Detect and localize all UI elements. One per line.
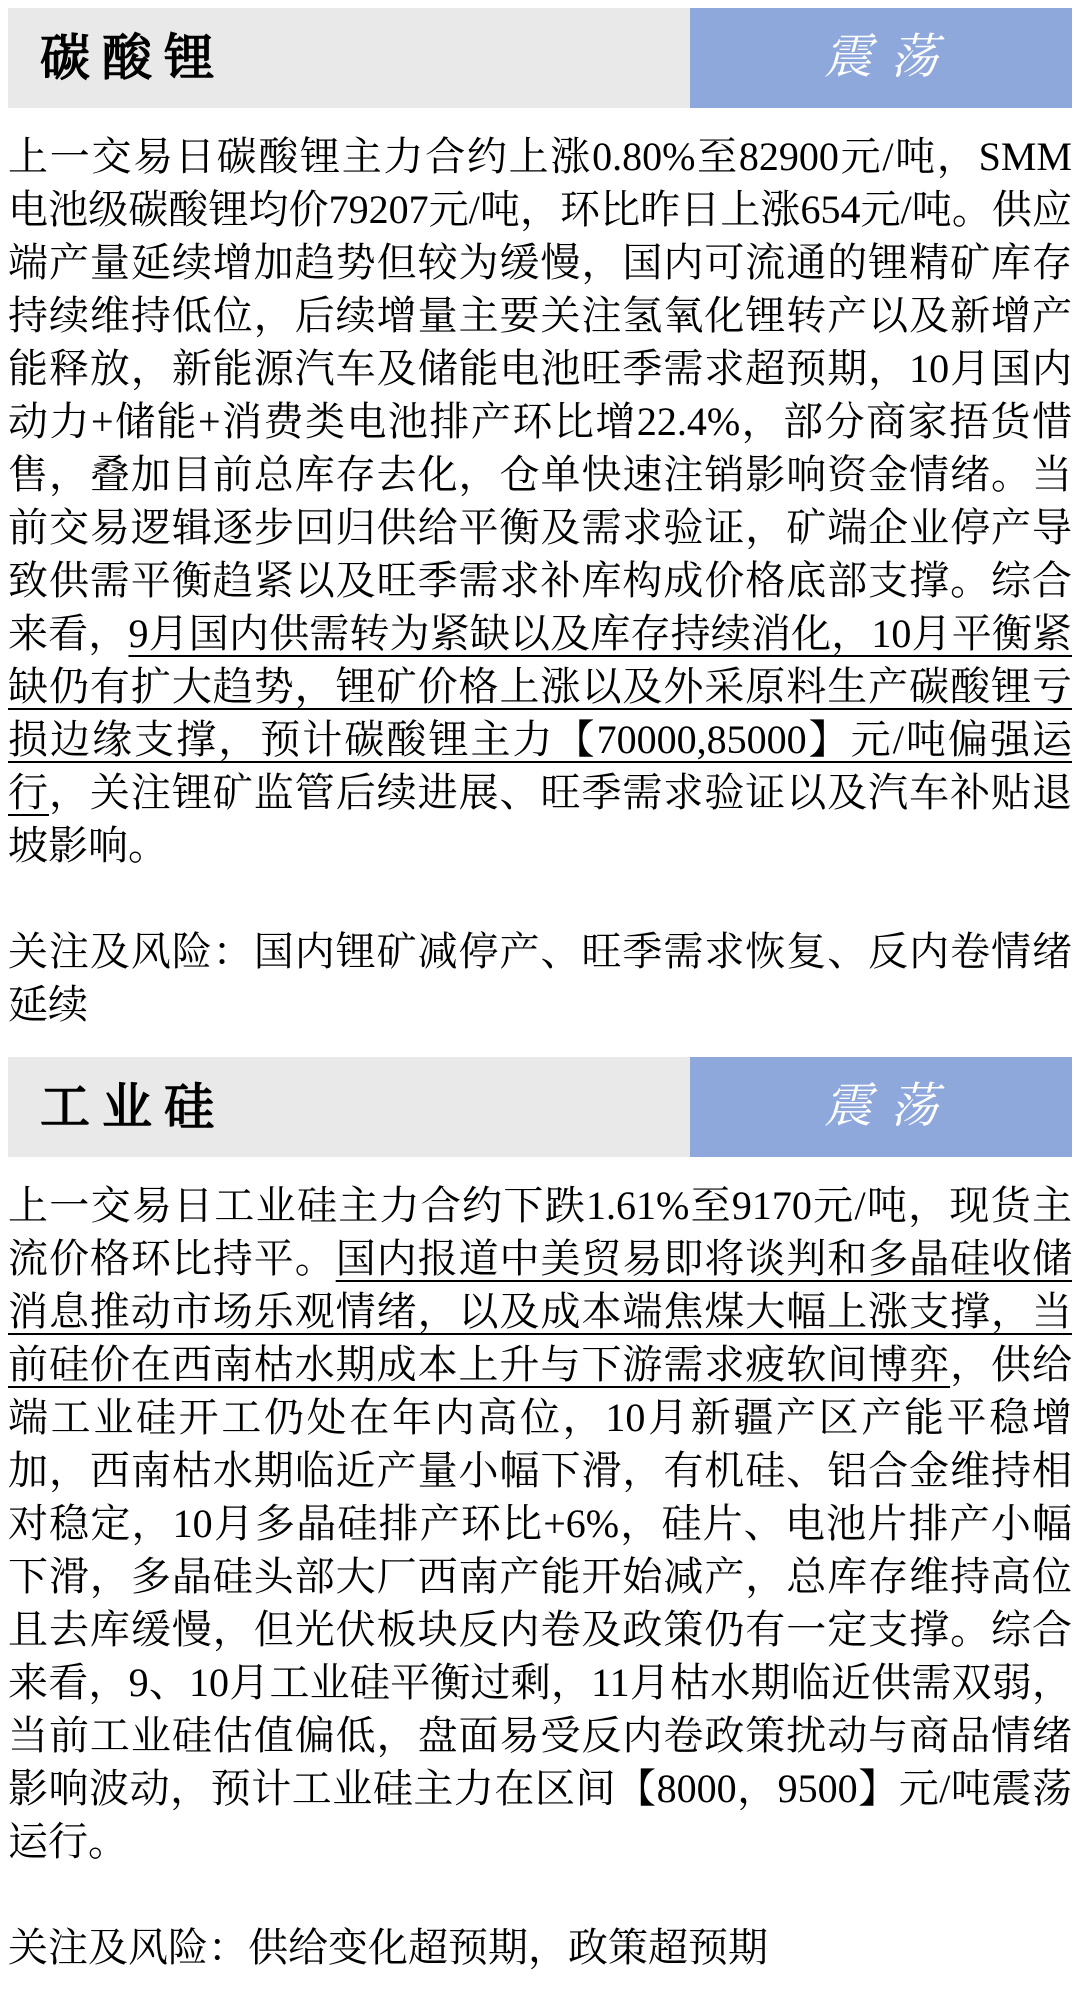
section-industrial-silicon: 工业硅 震荡 上一交易日工业硅主力合约下跌1.61%至9170元/吨，现货主流价… [8, 1057, 1072, 1974]
silicon-risk-note: 关注及风险：供给变化超预期，政策超预期 [8, 1921, 1072, 1974]
silicon-section-title: 工业硅 [40, 1082, 226, 1132]
silicon-section-header: 工业硅 震荡 [8, 1057, 1072, 1157]
lithium-title-bar: 碳酸锂 [8, 8, 690, 108]
lithium-risk-note: 关注及风险：国内锂矿减停产、旺季需求恢复、反内卷情绪延续 [8, 925, 1072, 1031]
analysis-text: 上一交易日碳酸锂主力合约上涨0.80%至82900元/吨，SMM电池级碳酸锂均价… [8, 134, 1072, 656]
lithium-section-title: 碳酸锂 [40, 33, 226, 83]
lithium-analysis-paragraph: 上一交易日碳酸锂主力合约上涨0.80%至82900元/吨，SMM电池级碳酸锂均价… [8, 130, 1072, 872]
lithium-section-header: 碳酸锂 震荡 [8, 8, 1072, 108]
silicon-analysis-paragraph: 上一交易日工业硅主力合约下跌1.61%至9170元/吨，现货主流价格环比持平。国… [8, 1179, 1072, 1868]
lithium-rating-label: 震荡 [824, 34, 956, 82]
section-lithium-carbonate: 碳酸锂 震荡 上一交易日碳酸锂主力合约上涨0.80%至82900元/吨，SMM电… [8, 8, 1072, 1031]
report-page: 碳酸锂 震荡 上一交易日碳酸锂主力合约上涨0.80%至82900元/吨，SMM电… [0, 0, 1080, 2004]
analysis-text: ，关注锂矿监管后续进展、旺季需求验证以及汽车补贴退坡影响。 [8, 770, 1072, 868]
lithium-rating-badge: 震荡 [690, 8, 1072, 108]
silicon-rating-label: 震荡 [824, 1083, 956, 1131]
silicon-title-bar: 工业硅 [8, 1057, 690, 1157]
analysis-text: ，供给端工业硅开工仍处在年内高位，10月新疆产区产能平稳增加，西南枯水期临近产量… [8, 1342, 1072, 1864]
silicon-rating-badge: 震荡 [690, 1057, 1072, 1157]
